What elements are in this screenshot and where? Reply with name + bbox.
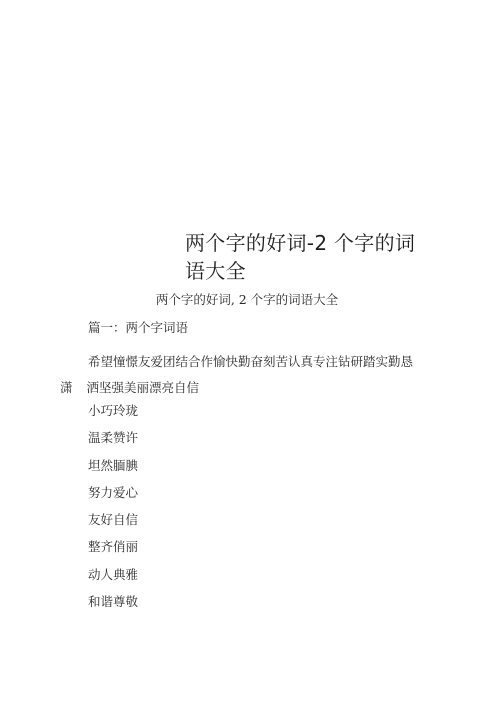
document-subtitle: 两个字的好词, 2 个字的词语大全 [0,292,500,308]
list-item: 整齐俏丽 [88,539,138,566]
word-list: 小巧玲珑 温柔赞许 坦然腼腆 努力爱心 友好自信 整齐俏丽 动人典雅 和谐尊敬 [88,403,138,621]
document-title: 两个字的好词-2 个字的词语大全 [185,229,435,285]
body-paragraph: 希望憧憬友爱团结合作愉快勤奋刻苦认真专注钻研踏实勤恳潇洒坚强美丽漂亮自信 [60,349,420,401]
list-item: 努力爱心 [88,485,138,512]
section-heading: 篇一：两个字词语 [88,320,188,336]
list-item: 和谐尊敬 [88,594,138,621]
paragraph-text-part2: 洒坚强美丽漂亮自信 [87,380,200,395]
list-item: 坦然腼腆 [88,458,138,485]
list-item: 动人典雅 [88,567,138,594]
list-item: 小巧玲珑 [88,403,138,430]
list-item: 温柔赞许 [88,430,138,457]
list-item: 友好自信 [88,512,138,539]
document-page: 两个字的好词-2 个字的词语大全 两个字的好词, 2 个字的词语大全 篇一：两个… [0,0,500,707]
